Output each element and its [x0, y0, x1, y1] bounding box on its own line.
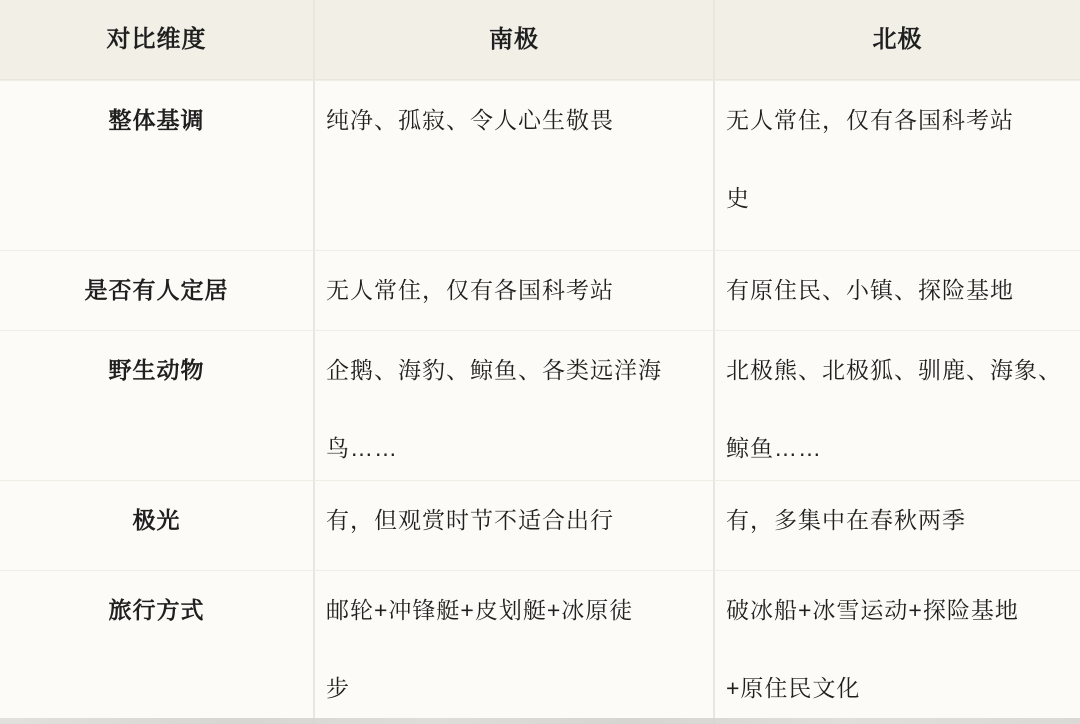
- screenshot-bottom-edge: [0, 718, 1080, 724]
- row-aurora-south-value: 有，但观赏时节不适合出行: [313, 480, 713, 570]
- header-arctic: 北极: [713, 0, 1080, 80]
- comparison-table: 对比维度 南极 北极 整体基调 纯净、孤寂、令人心生敬畏 无人常住，仅有各国科考…: [0, 0, 1080, 724]
- row-tone-north-value: 无人常住，仅有各国科考站 史: [713, 80, 1080, 250]
- row-travel-north-value: 破冰船+冰雪运动+探险基地 +原住民文化: [713, 570, 1080, 724]
- row-wildlife-north-value: 北极熊、北极狐、驯鹿、海象、 鲸鱼……: [713, 330, 1080, 480]
- header-dimension: 对比维度: [0, 0, 313, 80]
- row-wildlife-south-value: 企鹅、海豹、鲸鱼、各类远洋海 鸟……: [313, 330, 713, 480]
- row-settlement-dimension: 是否有人定居: [0, 250, 313, 330]
- row-tone-dimension: 整体基调: [0, 80, 313, 250]
- header-antarctica: 南极: [313, 0, 713, 80]
- row-aurora-dimension: 极光: [0, 480, 313, 570]
- row-settlement-south-value: 无人常住，仅有各国科考站: [313, 250, 713, 330]
- row-settlement-north-value: 有原住民、小镇、探险基地: [713, 250, 1080, 330]
- row-wildlife-dimension: 野生动物: [0, 330, 313, 480]
- row-travel-dimension: 旅行方式: [0, 570, 313, 724]
- row-tone-south-value: 纯净、孤寂、令人心生敬畏: [313, 80, 713, 250]
- row-aurora-north-value: 有，多集中在春秋两季: [713, 480, 1080, 570]
- row-travel-south-value: 邮轮+冲锋艇+皮划艇+冰原徒 步: [313, 570, 713, 724]
